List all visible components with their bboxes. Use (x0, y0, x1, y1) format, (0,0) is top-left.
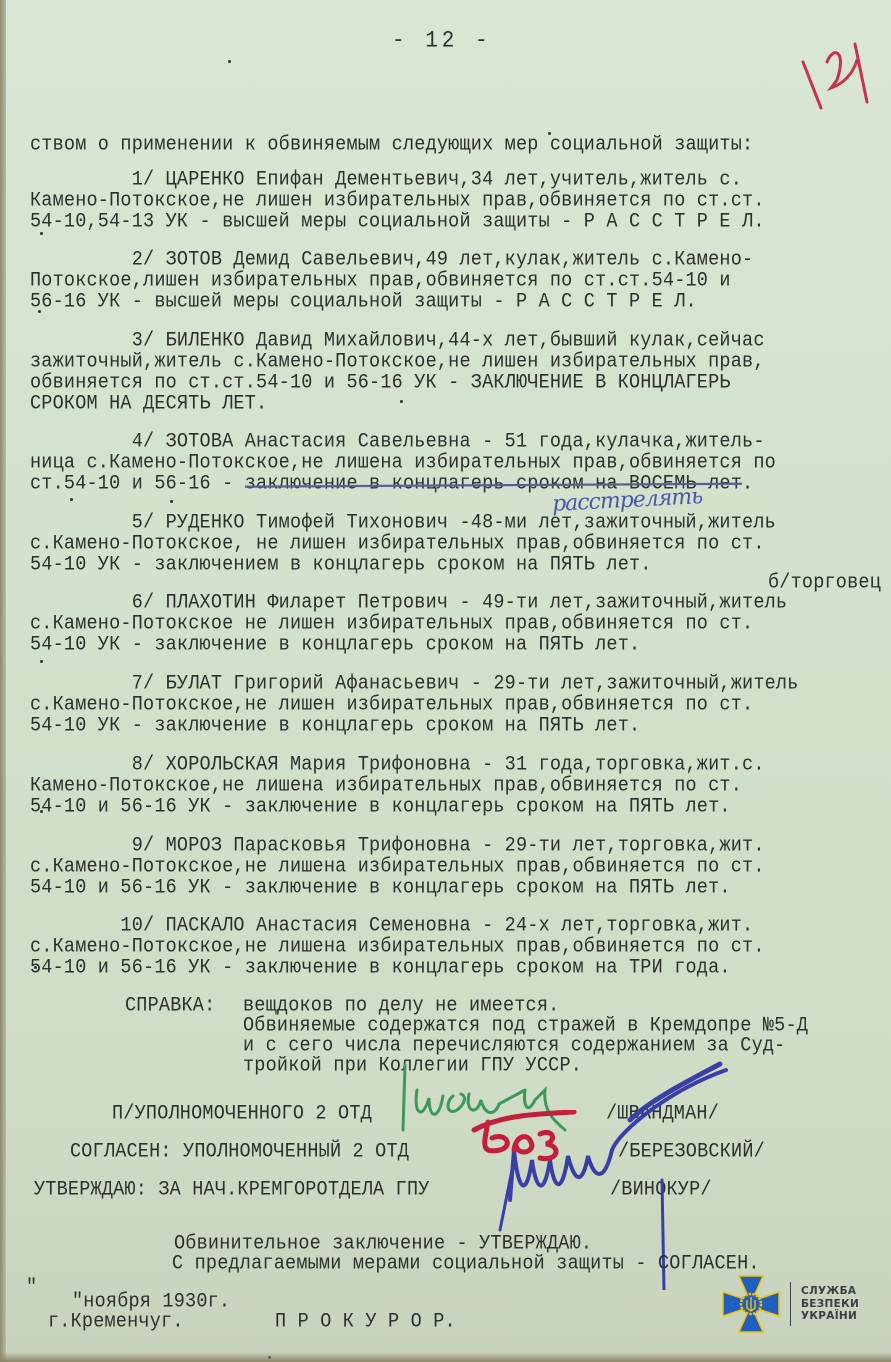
entry-line-suffix: . (742, 472, 753, 496)
entry-line: обвиняется по ст.ст.54-10 и 56-16 УК - З… (30, 373, 731, 393)
entry-line: 5/ РУДЕНКО Тимофей Тихонович -48-ми лет,… (30, 513, 776, 533)
page-number: - 12 - (392, 32, 492, 52)
entry-line: 6/ ПЛАХОТИН Филарет Петрович - 49-ти лет… (30, 593, 787, 613)
entry-line: 8/ ХОРОЛЬСКАЯ Мария Трифоновна - 31 года… (30, 755, 765, 775)
entry-line: 54-10 и 56-16 УК - заключение в концлаге… (30, 878, 731, 898)
entry-line: Камено-Потокское,не лишен избирательных … (30, 191, 765, 211)
speck (70, 498, 73, 501)
entry-line: с.Камено-Потокское, не лишен избирательн… (30, 534, 765, 554)
logo-divider (790, 1282, 791, 1326)
archival-document-page: - 12 - ством о применении к обвиняемым с… (0, 0, 891, 1362)
speck (40, 660, 43, 663)
signature-role: УТВЕРЖДАЮ: ЗА НАЧ.КРЕМГОРОТДЕЛА ГПУ (34, 1180, 430, 1200)
entry-line: 54-10,54-13 УК - высшей меры социальной … (30, 212, 765, 232)
intro-line: ством о применении к обвиняемым следующи… (30, 135, 753, 155)
entry-line: с.Камено-Потокское,не лишена избирательн… (30, 857, 765, 877)
entry-line: Камено-Потокское,не лишена избирательных… (30, 776, 742, 796)
entry-line: 4/ ЗОТОВА Анастасия Савельевна - 51 года… (30, 432, 765, 452)
entry-line: ница с.Камено-Потокское,не лишена избира… (30, 453, 776, 473)
speck (38, 310, 41, 313)
folio-number-handwritten (795, 40, 875, 110)
approval-line: С предлагаемыми мерами социальной защиты… (172, 1254, 760, 1274)
entry-line: 7/ БУЛАТ Григорий Афанасьевич - 29-ти ле… (30, 674, 799, 694)
entry-line: 54-10 УК - заключение в концлагерь сроко… (30, 635, 640, 655)
entry-line: 10/ ПАСКАЛО Анастасия Семеновна - 24-х л… (30, 916, 753, 936)
entry-line: с.Камено-Потокское,не лишена избирательн… (30, 937, 765, 957)
speck (40, 232, 43, 235)
speck (548, 132, 551, 135)
signature-role: П/УПОЛНОМОЧЕННОГО 2 ОТД (112, 1104, 372, 1124)
entry-line: с.Камено-Потокское,не лишен избирательны… (30, 695, 753, 715)
reference-label: СПРАВКА: (125, 996, 215, 1016)
entry-line-prefix: ст.54-10 и 56-16 - (30, 472, 245, 496)
prosecutor-label: П Р О К У Р О Р. (275, 1312, 456, 1332)
red-annotation-icon (470, 1110, 590, 1170)
entry-line: Потокское,лишен избирательных прав,обвин… (30, 271, 731, 291)
signature-role: СОГЛАСЕН: УПОЛНОМОЧЕННЫЙ 2 ОТД (70, 1142, 409, 1162)
entry-line: 3/ БИЛЕНКО Давид Михайлович,44-х лет,быв… (30, 331, 765, 351)
sbu-watermark: СЛУЖБА БЕЗПЕКИ УКРАЇНИ (722, 1274, 882, 1334)
entry-line: 54-10 УК - заключение в концлагерь сроко… (30, 716, 640, 736)
entry-line: 56-16 УК - высшей меры социальной защиты… (30, 292, 697, 312)
entry-line: 54-10 и 56-16 УК - заключение в концлаге… (30, 797, 731, 817)
sbu-shield-cross-icon (722, 1275, 780, 1333)
sbu-name: СЛУЖБА БЕЗПЕКИ УКРАЇНИ (801, 1285, 859, 1323)
speck (40, 810, 43, 813)
speck (400, 400, 403, 403)
entry-line: 9/ МОРОЗ Парасковья Трифоновна - 29-ти л… (30, 836, 765, 856)
entry-line: 54-10 УК - заключением в концлагерь срок… (30, 555, 652, 575)
entry-line: 1/ ЦАРЕНКО Епифан Дементьевич,34 лет,учи… (30, 170, 742, 190)
city-line: г.Кременчуг. (48, 1312, 184, 1332)
entry-line: с.Камено-Потокское не лишен избирательны… (30, 614, 753, 634)
entry-line: СРОКОМ НА ДЕСЯТЬ ЛЕТ. (30, 394, 267, 414)
speck (268, 1356, 271, 1359)
entry-line: 54-10 и 56-16 УК - заключение в концлаге… (30, 958, 731, 978)
speck (170, 500, 173, 503)
speck (228, 60, 231, 63)
entry-line: зажиточный,житель с.Камено-Потокское,не … (30, 352, 765, 372)
speck (34, 966, 37, 969)
entry-line: 2/ ЗОТОВ Демид Савельевич,49 лет,кулак,ж… (30, 250, 753, 270)
date-open-quote: " (26, 1278, 37, 1298)
